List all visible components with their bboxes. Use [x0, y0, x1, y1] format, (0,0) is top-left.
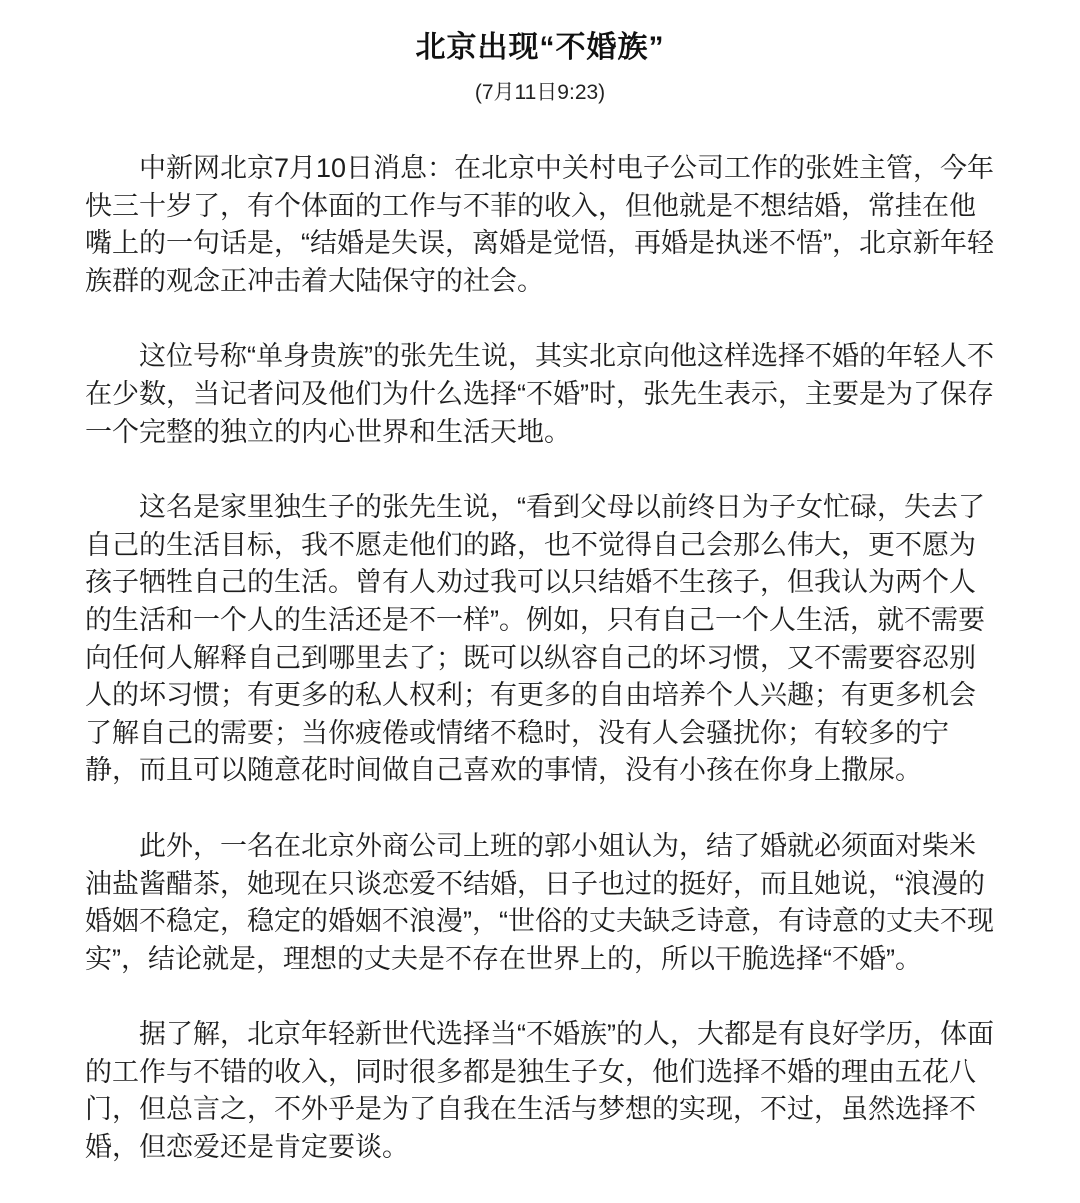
page-title: 北京出现“不婚族”	[85, 30, 995, 66]
article-paragraph: 这位号称“单身贵族”的张先生说，其实北京向他这样选择不婚的年轻人不在少数，当记者…	[85, 338, 995, 451]
article-body: 中新网北京7月10日消息：在北京中关村电子公司工作的张姓主管，今年快三十岁了，有…	[85, 150, 995, 1167]
article: 北京出现“不婚族” (7月11日9:23) 中新网北京7月10日消息：在北京中关…	[0, 0, 1080, 1167]
article-timestamp: (7月11日9:23)	[85, 76, 995, 106]
article-paragraph: 这名是家里独生子的张先生说，“看到父母以前终日为子女忙碌，失去了自己的生活目标，…	[85, 489, 995, 790]
article-paragraph: 据了解，北京年轻新世代选择当“不婚族”的人，大都是有良好学历，体面的工作与不错的…	[85, 1016, 995, 1166]
article-paragraph: 此外，一名在北京外商公司上班的郭小姐认为，结了婚就必须面对柴米油盐酱醋茶，她现在…	[85, 828, 995, 978]
article-paragraph: 中新网北京7月10日消息：在北京中关村电子公司工作的张姓主管，今年快三十岁了，有…	[85, 150, 995, 300]
